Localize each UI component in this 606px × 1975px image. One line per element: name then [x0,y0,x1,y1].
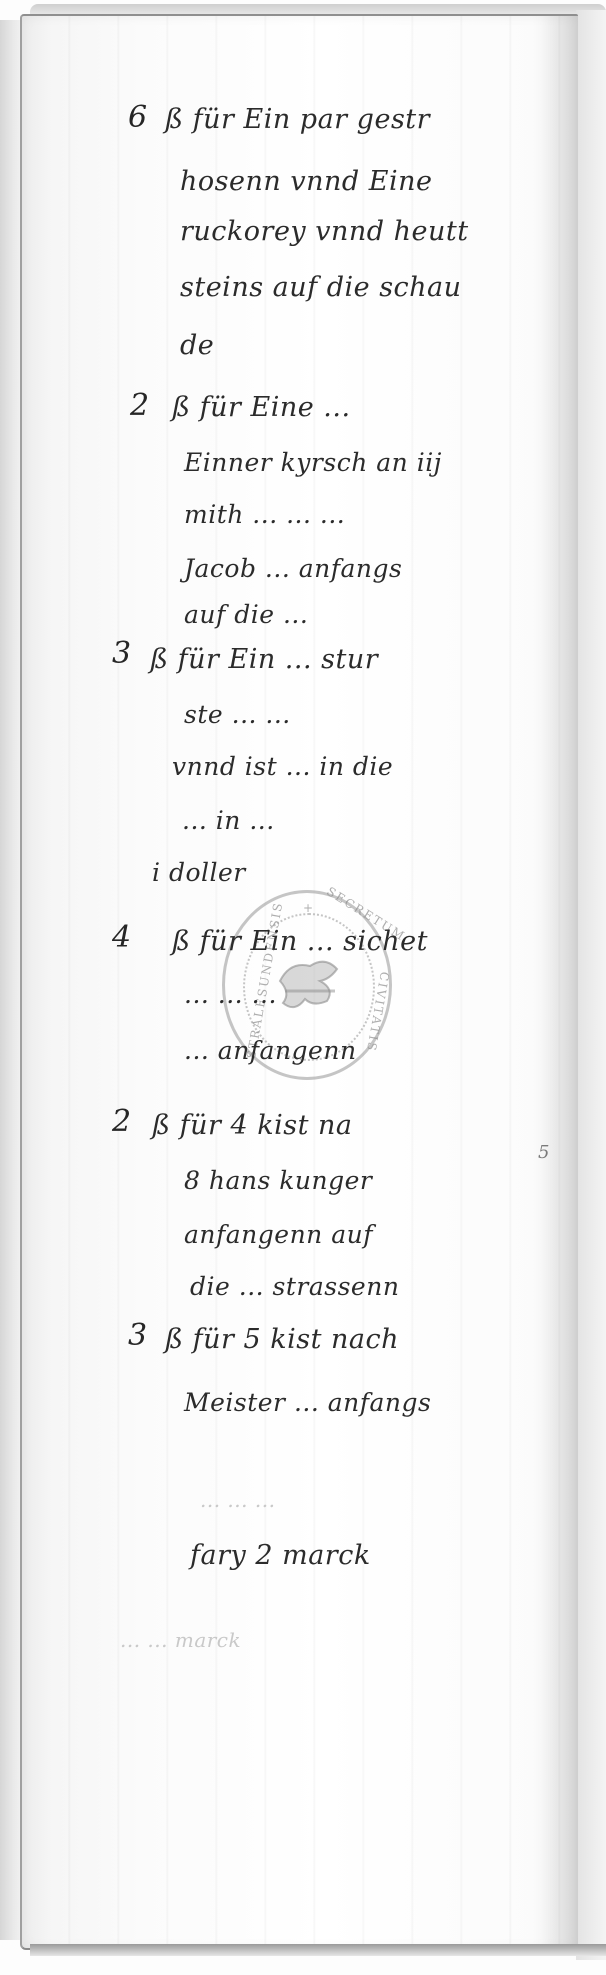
entry-amount: 4 [112,920,131,955]
summary-total: fary 2 marck [190,1540,371,1571]
entry-line: 8 hans kunger [184,1166,372,1195]
entry-line: vnnd ist ... in die [172,752,393,781]
entry-line: auf die ... [184,600,308,629]
page-right-edge [576,10,606,1960]
entry-line: ... anfangenn [184,1036,357,1065]
leaf-shadow [532,16,578,1948]
stamp-separator: + [303,901,315,915]
page-bottom-edge [30,1944,606,1956]
entry-line: anfangenn auf [184,1220,373,1249]
entry-line: Meister ... anfangs [184,1388,431,1417]
entry-line: mith ... ... ... [184,500,345,529]
bleed-through-text: ... ... ... [200,1488,275,1512]
entry-line: ß für Ein ... sichet [172,926,428,957]
entry-amount: 2 [130,388,149,423]
entry-line: ß für 4 kist na [152,1110,353,1141]
entry-line: Einner kyrsch an iij [184,448,442,477]
entry-line: ß für Ein ... stur [150,644,378,675]
entry-line: ste ... ... [184,700,291,729]
bleed-through-text: ... ... marck [120,1628,241,1652]
marginal-note: 5 [538,1142,549,1163]
entry-line: ß für 5 kist nach [165,1324,399,1355]
entry-line: ... in ... [182,806,275,835]
entry-amount: 3 [128,1318,147,1353]
entry-line: steins auf die schau [180,272,462,303]
entry-line: ß für Ein par gestr [165,104,430,135]
entry-line: ß für Eine ... [172,392,351,423]
entry-line: de [180,330,214,361]
entry-line: Jacob ... anfangs [184,554,402,583]
entry-line: hosenn vnnd Eine [180,166,432,197]
entry-line: i doller [152,858,246,887]
entry-line: ruckorey vnnd heutt [180,216,469,247]
entry-line: die ... strassenn [190,1272,399,1301]
entry-amount: 2 [112,1104,131,1139]
manuscript-scan: + SECRETUM CIVITATIS STRALESUNDENSIS 6 ß… [0,0,606,1975]
entry-amount: 6 [128,100,147,135]
entry-line: ... ... ... [184,980,277,1009]
entry-amount: 3 [112,636,131,671]
